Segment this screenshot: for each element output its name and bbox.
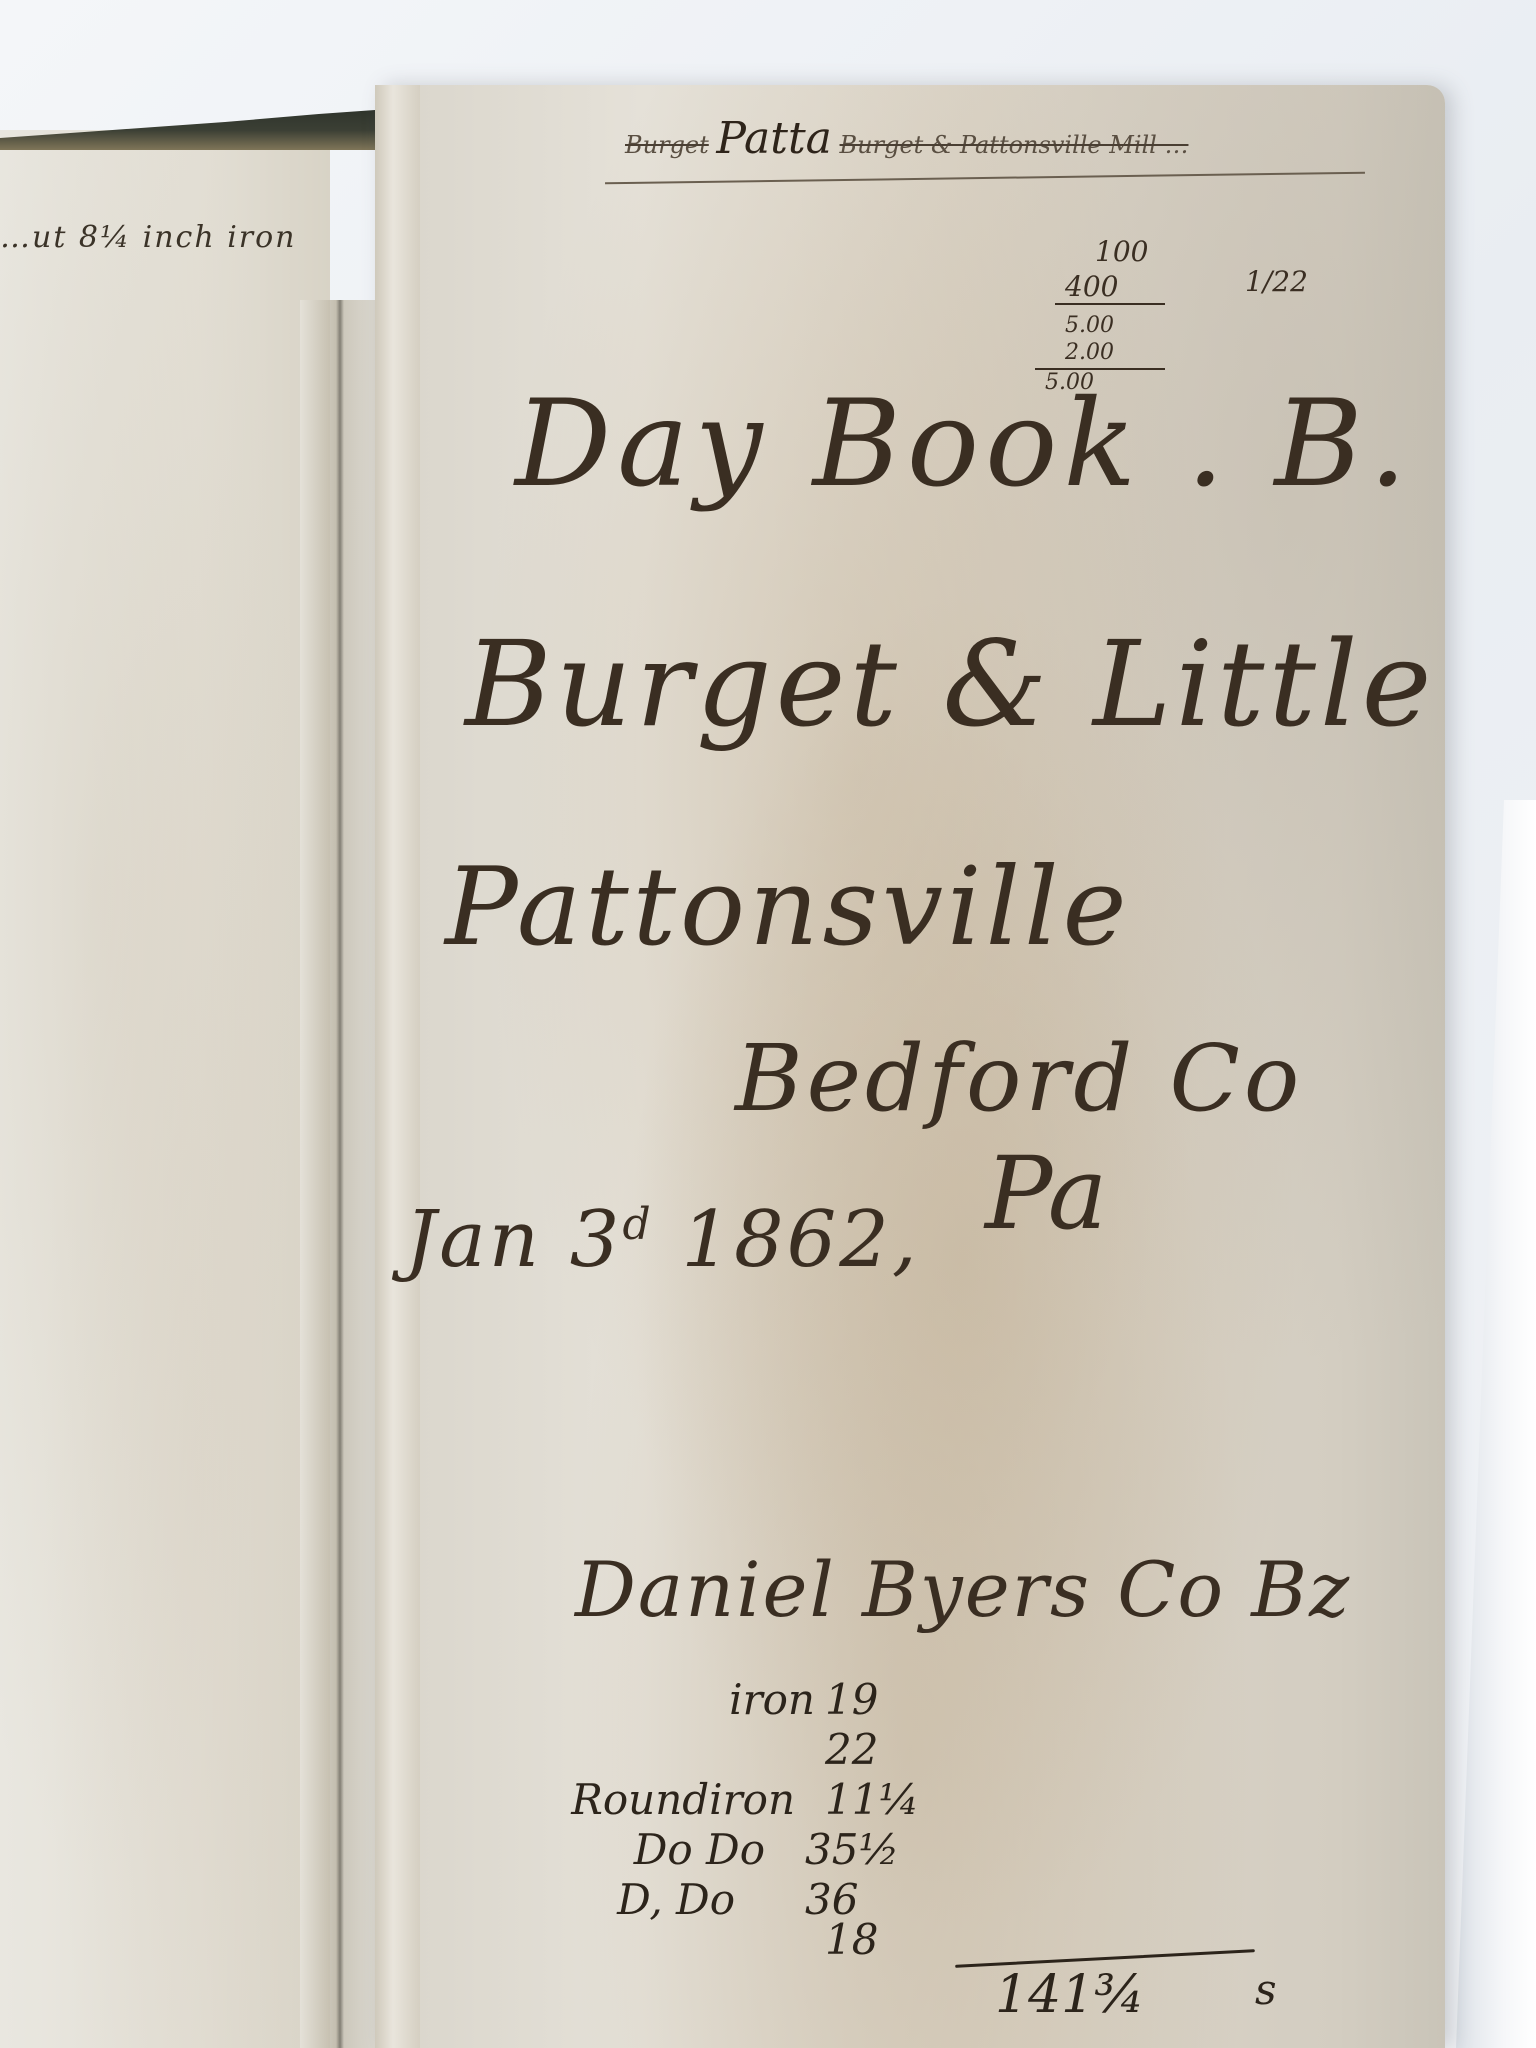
left-inside-page bbox=[0, 130, 330, 2048]
header-rule bbox=[605, 172, 1365, 185]
cover-spine-edge bbox=[375, 85, 420, 2048]
firm-name: Burget & Little bbox=[465, 615, 1435, 753]
calc-side-note: 1/22 bbox=[1245, 265, 1308, 298]
tally-total: 141¾ bbox=[995, 1965, 1145, 2025]
torn-spine-gutter bbox=[300, 300, 380, 2048]
calc-line-2: 400 bbox=[1065, 270, 1118, 303]
state-abbrev: Pa bbox=[985, 1135, 1107, 1252]
tally-value: 22 bbox=[825, 1725, 878, 1774]
calc-line-1: 100 bbox=[1095, 235, 1148, 268]
tally-value: 35½ bbox=[805, 1825, 899, 1874]
header-strikethrough-line: Burget Patta Burget & Pattonsville Mill … bbox=[625, 113, 1188, 164]
date-month-day: Jan 3 bbox=[405, 1195, 622, 1285]
ledger-title: Day Book . B. bbox=[515, 375, 1413, 514]
county-name: Bedford Co bbox=[735, 1025, 1303, 1132]
town-name: Pattonsville bbox=[445, 845, 1131, 970]
tally-label: Roundiron bbox=[535, 1775, 795, 1824]
tally-value: 19 bbox=[825, 1675, 878, 1724]
ledger-date: Jan 3d 1862, bbox=[405, 1195, 920, 1285]
left-page-partial-text: …ut 8¼ inch iron bbox=[0, 220, 297, 255]
header-prefix: Burget bbox=[625, 131, 709, 159]
tally-value: 11¼ bbox=[825, 1775, 919, 1824]
calc-rule-1 bbox=[1055, 303, 1165, 305]
header-struck-text: Burget & Pattonsville Mill … bbox=[840, 131, 1189, 159]
signature: Daniel Byers Co Bz bbox=[575, 1545, 1351, 1634]
calc-line-4: 2.00 bbox=[1065, 340, 1114, 365]
tally-value: 18 bbox=[825, 1915, 878, 1964]
date-year: 1862, bbox=[681, 1195, 919, 1285]
tally-trailing-mark: s bbox=[1255, 1965, 1277, 2014]
date-suffix: d bbox=[622, 1199, 653, 1250]
white-backdrop-fold bbox=[1456, 800, 1536, 2048]
header-overwrite: Patta bbox=[716, 113, 831, 164]
tally-label: iron bbox=[555, 1675, 815, 1724]
calc-line-3: 5.00 bbox=[1065, 313, 1114, 338]
ledger-cover-page: Burget Patta Burget & Pattonsville Mill … bbox=[375, 85, 1445, 2048]
tally-label: D, Do bbox=[475, 1875, 735, 1924]
tally-label: Do Do bbox=[505, 1825, 765, 1874]
